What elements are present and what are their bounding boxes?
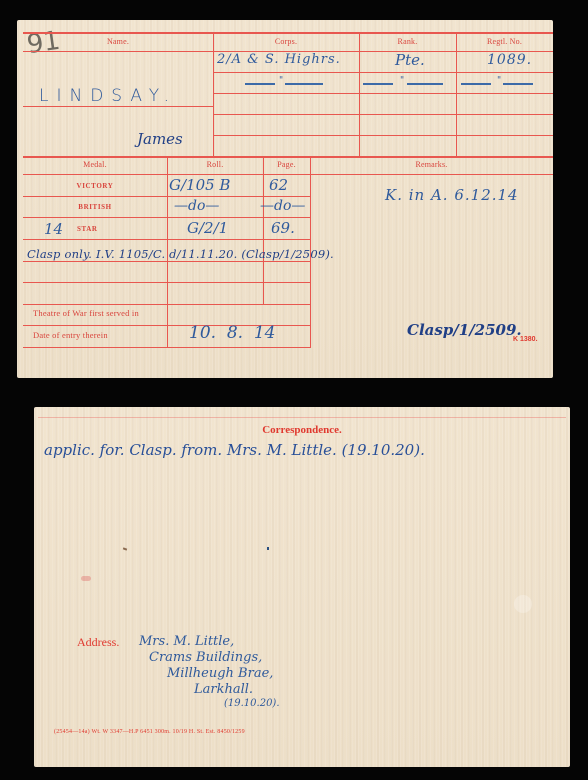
rule-line [38,417,566,418]
rule-line [213,135,553,136]
rule-line [23,174,553,175]
clasp-note: Clasp only. I.V. 1105/C. d/11.11.20. (Cl… [27,247,334,261]
header-page: Page. [263,160,310,169]
rule-line [23,261,310,262]
date-entry-value: 10. 8. 14 [189,323,276,343]
header-rank: Rank. [359,37,456,46]
corps-entry: 2/A & S. Highrs. [217,52,341,67]
stray-mark [123,547,127,550]
ditto-mark: " [400,76,404,86]
correspondence-entry: applic. for. Clasp. from. Mrs. M. Little… [44,441,425,459]
remarks-entry: K. in A. 6.12.14 [385,186,519,204]
form-reference: K 1380. [513,336,538,343]
rule-line [213,93,553,94]
clasp-reference: Clasp/1/2509. [407,321,522,339]
rule-line [23,282,310,283]
rule-line [23,156,553,158]
ditto-dash [461,83,491,85]
stray-mark [81,576,91,581]
star-year-prefix: 14 [44,220,63,238]
header-regt-no: Regtl. No. [456,37,553,46]
rule-line [213,114,553,115]
rule-line [23,106,213,107]
correspondence-title: Correspondence. [34,424,570,436]
stray-mark [267,547,269,550]
rule-line [23,217,310,218]
header-remarks: Remarks. [310,160,553,169]
rule-line [213,72,553,73]
ditto-dash [407,83,443,85]
roll-entry: —do— [174,198,219,214]
paper-blemish [514,595,532,613]
roll-entry: G/2/1 [187,219,228,237]
rule-line [23,304,310,305]
page-entry: 62 [269,176,288,194]
page-entry: —do— [260,198,305,214]
header-name: Name. [23,37,213,46]
ditto-mark: " [279,76,283,86]
theatre-label: Theatre of War first served in [33,308,139,318]
regt-no-entry: 1089. [487,52,532,68]
printer-code: (25454—14a) Wt. W 3347—H.P 6451 300m. 10… [54,729,245,735]
rule-line [23,32,553,34]
rule-line [23,196,310,197]
medal-label: BRITISH [23,203,167,211]
medal-card-front: 91 Name. Corps. Rank. Regtl. No. LINDSAY… [17,20,553,378]
header-medal: Medal. [23,160,167,169]
address-line: Crams Buildings, [149,650,262,665]
ditto-dash [285,83,323,85]
address-label: Address. [77,635,119,650]
rule-line [23,239,310,240]
medal-label: STAR [77,225,98,233]
page-entry: 69. [271,219,295,237]
medal-label: VICTORY [23,182,167,190]
rank-entry: Pte. [395,51,425,69]
address-line: Mrs. M. Little, [139,634,234,649]
medal-card-back: Correspondence. applic. for. Clasp. from… [34,407,570,767]
column-divider [213,32,214,156]
address-line: Larkhall. [194,682,253,697]
header-corps: Corps. [213,37,359,46]
ditto-dash [503,83,533,85]
address-line: Millheugh Brae, [167,666,273,681]
column-divider [456,32,457,156]
roll-entry: G/105 B [169,176,230,194]
rule-line [23,347,310,348]
column-divider [359,32,360,156]
header-roll: Roll. [167,160,263,169]
surname-entry: LINDSAY. [39,86,177,106]
forename-entry: James [137,130,183,148]
ditto-dash [245,83,275,85]
date-entry-label: Date of entry therein [33,330,108,340]
ditto-mark: " [497,76,501,86]
address-line: (19.10.20). [224,698,280,709]
ditto-dash [363,83,393,85]
